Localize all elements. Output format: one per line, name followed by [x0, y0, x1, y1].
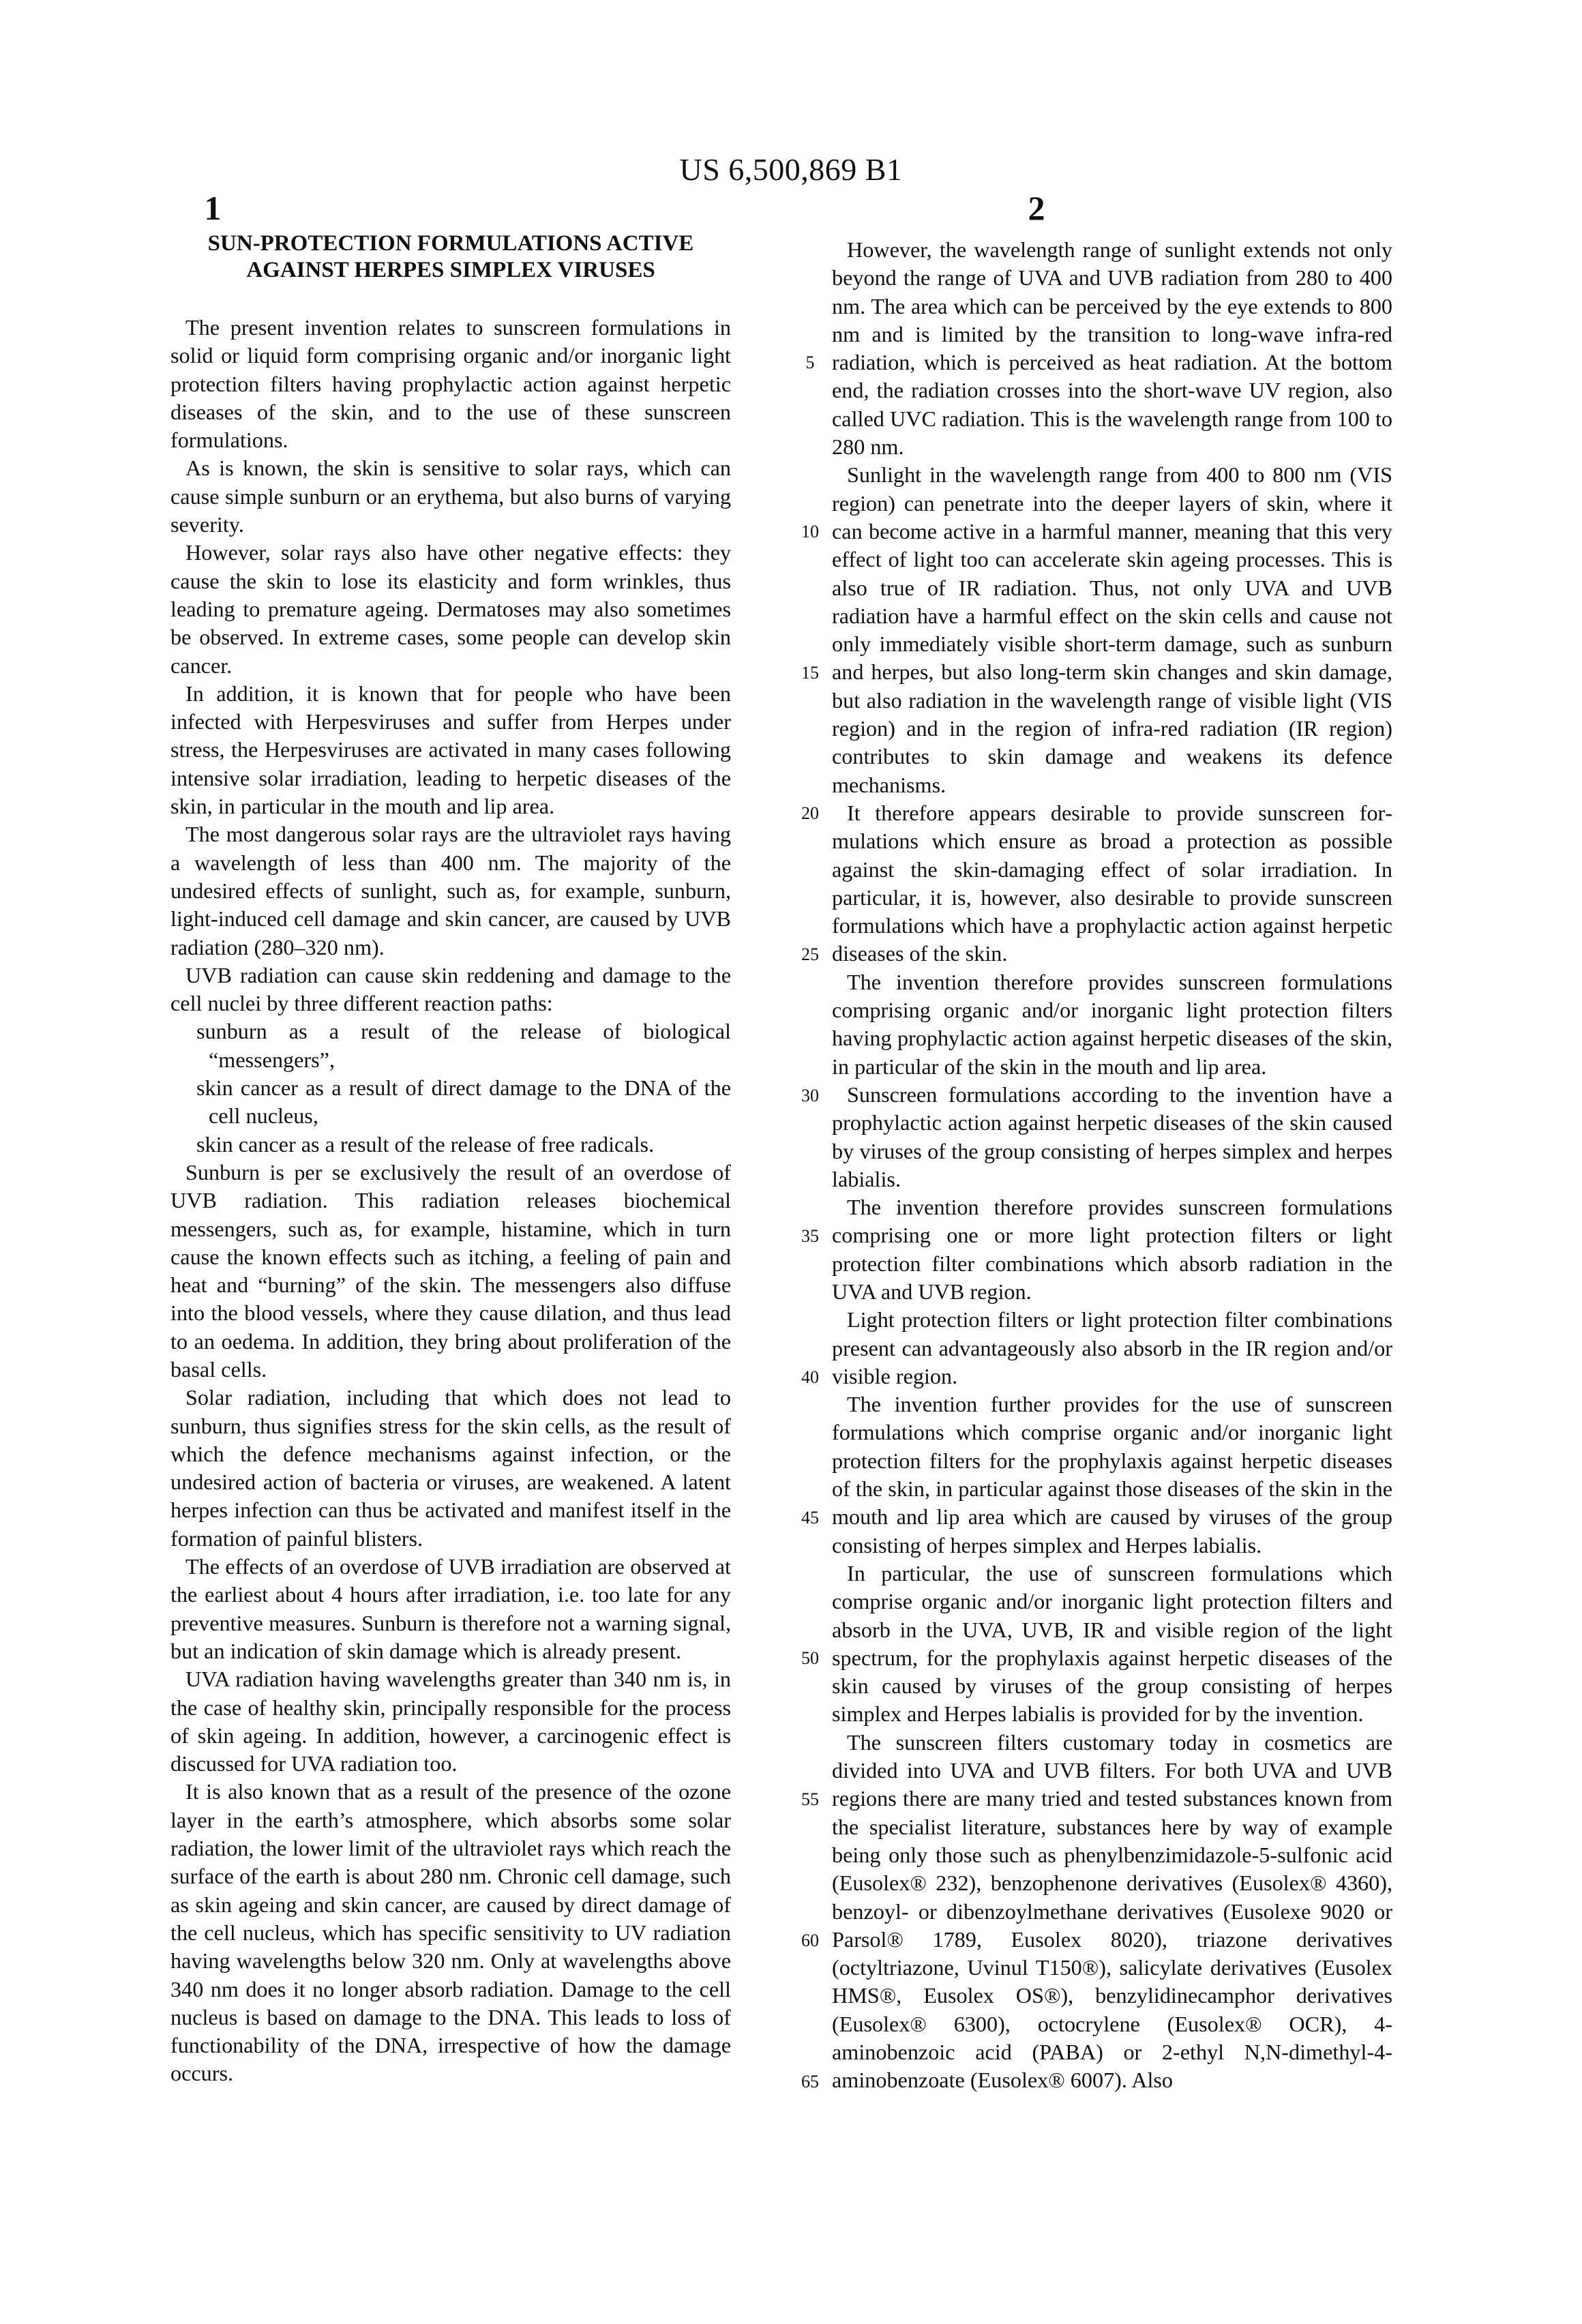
paragraph: UVA radiation having wavelengths greater…	[170, 1665, 731, 1778]
paragraph: Sunburn is per se exclusively the result…	[170, 1159, 731, 1384]
right-column: However, the wavelength range of sunligh…	[832, 236, 1392, 2095]
paragraph: In addition, it is known that for people…	[170, 680, 731, 820]
paragraph: The invention therefore provides sunscre…	[832, 1193, 1392, 1306]
paragraph: The sunscreen filters customary today in…	[832, 1729, 1392, 2095]
line-number: 30	[796, 1082, 824, 1109]
line-number: 5	[796, 348, 824, 376]
line-number: 25	[796, 940, 824, 968]
line-number: 50	[796, 1644, 824, 1672]
paragraph: However, solar rays also have other nega…	[170, 539, 731, 679]
document-title: SUN-PROTECTION FORMULATIONS ACTIVE AGAIN…	[170, 230, 731, 284]
list-item: skin cancer as a result of the release o…	[170, 1131, 731, 1159]
paragraph: It therefore appears desirable to provid…	[832, 799, 1392, 968]
line-number: 20	[796, 799, 824, 827]
paragraph: However, the wavelength range of sunligh…	[832, 236, 1392, 461]
line-number: 60	[796, 1926, 824, 1954]
paragraph: The invention further provides for the u…	[832, 1390, 1392, 1560]
line-number: 45	[796, 1504, 824, 1532]
paragraph: The effects of an overdose of UVB irradi…	[170, 1553, 731, 1665]
line-number: 15	[796, 659, 824, 687]
paragraph: The invention therefore provides sunscre…	[832, 968, 1392, 1081]
line-number: 10	[796, 518, 824, 546]
line-number: 35	[796, 1222, 824, 1250]
paragraph: Solar radiation, including that which do…	[170, 1384, 731, 1553]
column-number-left: 1	[185, 188, 240, 228]
patent-number: US 6,500,869 B1	[0, 151, 1582, 188]
paragraph: UVB radiation can cause skin reddening a…	[170, 962, 731, 1018]
line-number: 55	[796, 1785, 824, 1813]
paragraph: Light protection filters or light protec…	[832, 1306, 1392, 1390]
paragraph: As is known, the skin is sensitive to so…	[170, 454, 731, 539]
paragraph: Sunlight in the wavelength range from 40…	[832, 461, 1392, 799]
paragraph: In particular, the use of sunscreen form…	[832, 1560, 1392, 1729]
paragraph: Sunscreen formulations according to the …	[832, 1081, 1392, 1193]
paragraph: It is also known that as a result of the…	[170, 1778, 731, 2087]
paragraph: The present invention relates to sunscre…	[170, 314, 731, 454]
list-item: skin cancer as a result of direct damage…	[170, 1074, 731, 1131]
column-number-right: 2	[1009, 188, 1064, 228]
line-number: 65	[796, 2068, 824, 2096]
paragraph: The most dangerous solar rays are the ul…	[170, 820, 731, 961]
list-item: sunburn as a result of the release of bi…	[170, 1017, 731, 1074]
left-column: SUN-PROTECTION FORMULATIONS ACTIVE AGAIN…	[170, 230, 731, 2088]
line-number: 40	[796, 1363, 824, 1391]
